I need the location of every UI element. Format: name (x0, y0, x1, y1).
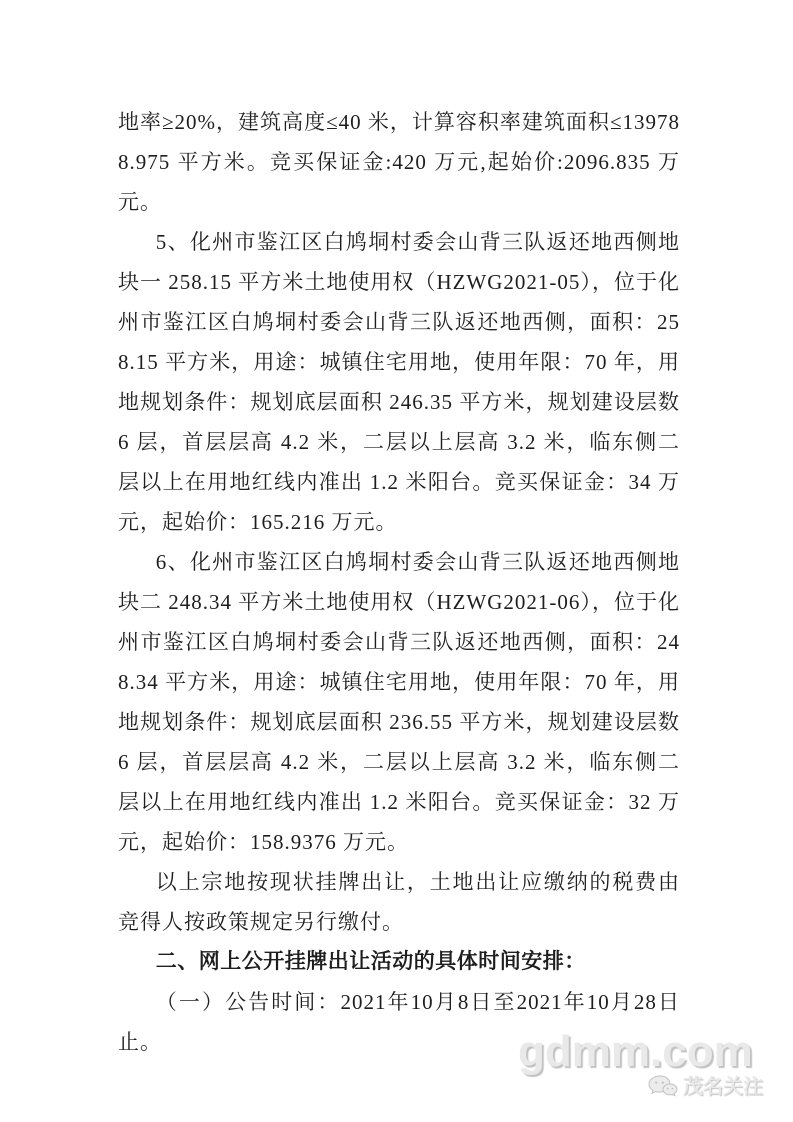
watermark-account-row: 茂名关注 (648, 1074, 763, 1100)
paragraph-lot6: 6、化州市鉴江区白鸠垌村委会山背三队返还地西侧地块二 248.34 平方米土地使… (118, 542, 680, 862)
wechat-bubbles-icon (648, 1075, 678, 1099)
paragraph-tax-note: 以上宗地按现状挂牌出让，土地出让应缴纳的税费由竞得人按政策规定另行缴付。 (118, 862, 680, 942)
watermark-account-label: 茂名关注 (683, 1074, 763, 1100)
document-page: 地率≥20%，建筑高度≤40 米，计算容积率建筑面积≤139788.975 平方… (0, 0, 793, 1122)
document-body: 地率≥20%，建筑高度≤40 米，计算容积率建筑面积≤139788.975 平方… (118, 102, 680, 1062)
paragraph-announcement-period: （一）公告时间：2021年10月8日至2021年10月28日止。 (118, 982, 680, 1062)
section-heading-schedule: 二、网上公开挂牌出让活动的具体时间安排： (118, 942, 680, 982)
paragraph-lot5: 5、化州市鉴江区白鸠垌村委会山背三队返还地西侧地块一 258.15 平方米土地使… (118, 222, 680, 542)
paragraph-lot4-continuation: 地率≥20%，建筑高度≤40 米，计算容积率建筑面积≤139788.975 平方… (118, 102, 680, 222)
